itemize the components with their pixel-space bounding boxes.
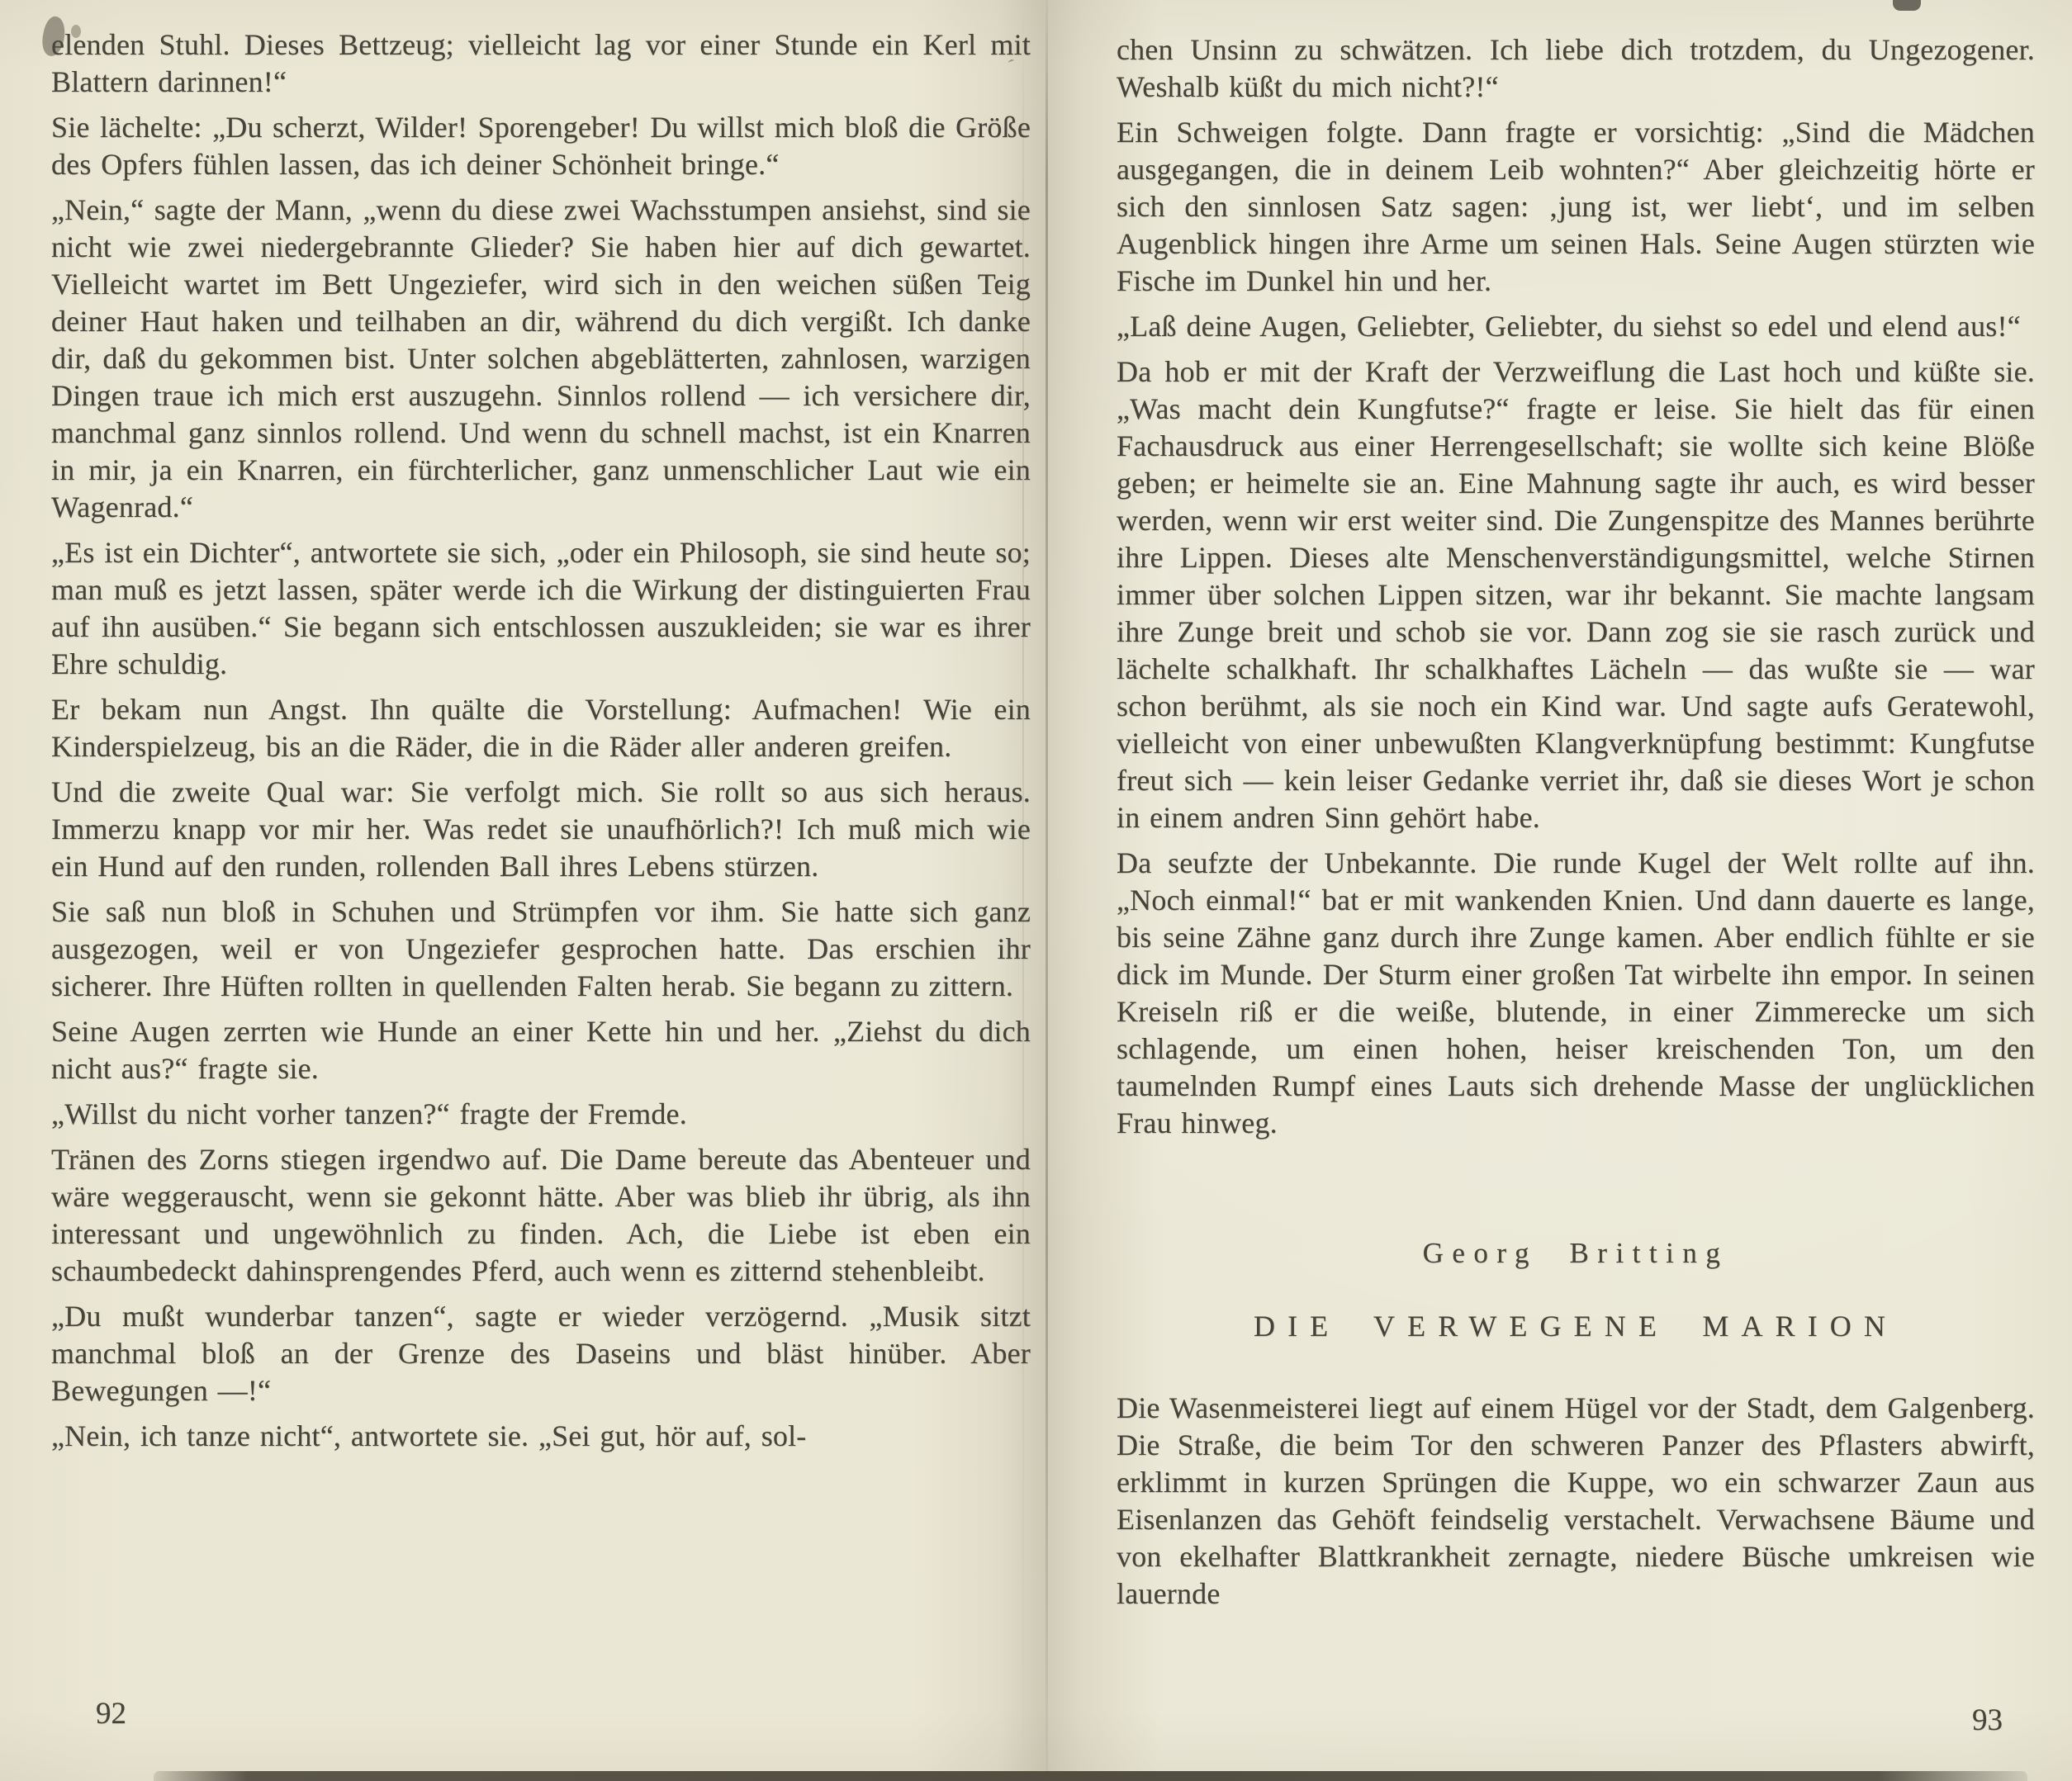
paragraph: Seine Augen zerrten wie Hunde an einer K… [51, 1013, 1031, 1087]
paragraph: Da seufzte der Unbekannte. Die runde Kug… [1117, 845, 2035, 1142]
author-byline: Georg Britting [1117, 1234, 2035, 1272]
paragraph: Da hob er mit der Kraft der Verzweiflung… [1117, 353, 2035, 836]
right-page-number: 93 [1972, 1703, 2003, 1738]
left-page-text: elenden Stuhl. Dieses Bettzeug; vielleic… [51, 26, 1031, 1455]
paragraph: „Nein, ich tanze nicht“, antwortete sie.… [51, 1418, 1031, 1455]
scan-edge-bottom [154, 1771, 2027, 1781]
paragraph: Tränen des Zorns stiegen irgendwo auf. D… [51, 1141, 1031, 1290]
paragraph: Und die zweite Qual war: Sie verfolgt mi… [51, 774, 1031, 885]
paragraph: chen Unsinn zu schwätzen. Ich liebe dich… [1117, 31, 2035, 106]
paragraph: Sie lächelte: „Du scherzt, Wilder! Spore… [51, 109, 1031, 183]
story-title: DIE VERWEGENE MARION [1117, 1308, 2035, 1345]
right-page-text: chen Unsinn zu schwätzen. Ich liebe dich… [1117, 31, 2035, 1613]
paragraph: elenden Stuhl. Dieses Bettzeug; vielleic… [51, 26, 1031, 101]
scan-edge-mark [1893, 0, 1921, 11]
book-spread: elenden Stuhl. Dieses Bettzeug; vielleic… [0, 0, 2072, 1781]
gutter-crease [1045, 0, 1048, 1781]
paragraph: „Du mußt wunderbar tanzen“, sagte er wie… [51, 1298, 1031, 1409]
paragraph: Sie saß nun bloß in Schuhen und Strümpfe… [51, 893, 1031, 1005]
paragraph: „Es ist ein Dichter“, antwortete sie sic… [51, 534, 1031, 683]
paragraph: „Laß deine Augen, Geliebter, Geliebter, … [1117, 308, 2035, 345]
paragraph: „Willst du nicht vorher tanzen?“ fragte … [51, 1096, 1031, 1133]
paragraph: Ein Schweigen folgte. Dann fragte er vor… [1117, 114, 2035, 300]
paragraph: „Nein,“ sagte der Mann, „wenn du diese z… [51, 192, 1031, 526]
left-page-number: 92 [96, 1696, 126, 1731]
ink-spot [71, 25, 81, 38]
paragraph: Er bekam nun Angst. Ihn quälte die Vorst… [51, 691, 1031, 765]
paragraph: Die Wasenmeisterei liegt auf einem Hügel… [1117, 1390, 2035, 1613]
